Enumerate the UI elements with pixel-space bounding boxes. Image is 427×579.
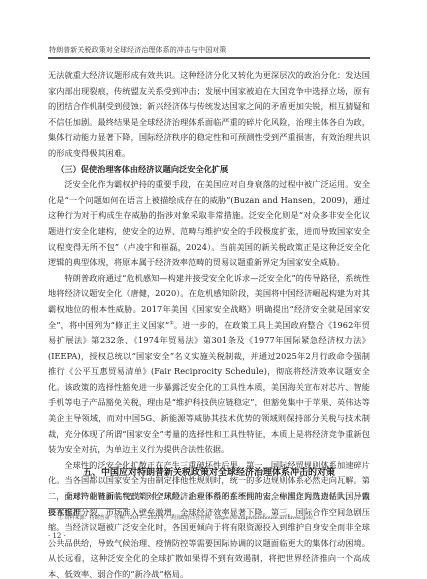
footnote: ① 资料来源：特朗普第一任期（2017—2021年）美国政府白宫官网，https… — [58, 514, 318, 521]
running-header: 特朗普新关税政策对全球经济治理体系的冲击与中国对策 — [49, 45, 227, 55]
paragraph-text-part-2: 。进一步的，在政策工具上美国政府整合《1962年贸易扩展法》第232条、《197… — [48, 320, 370, 455]
header-rule — [48, 57, 370, 59]
section-title: 五、中国应对特朗普新关税政策对全球经济治理体系冲击的对策 — [48, 465, 370, 478]
footnote-text: 资料来源：特朗普第一任期（2017—2021年）美国政府白宫官网，https:/… — [65, 515, 318, 521]
footnote-rule — [48, 508, 128, 509]
footnote-mark: ① — [58, 515, 63, 521]
paragraph-securitization-definition: 泛安全化作为霸权护持的重要手段，在美国应对自身衰落的过程中被广泛运用。安全化是“… — [48, 177, 370, 271]
page-number: · 12 · — [48, 532, 66, 540]
paragraph-1: 无法就重大经济议题形成有效共识。这种经济分化又转化为更深层次的政治分化：发达国家… — [48, 68, 370, 162]
subheading-3: （三）促使治理客体由经济议题向泛安全化扩展 — [48, 162, 370, 178]
paragraph-trump-securitization: 特朗普政府通过“危机感知—构建并接受安全化诉求—泛安全化”的传导路径，系统性地将… — [48, 271, 370, 458]
